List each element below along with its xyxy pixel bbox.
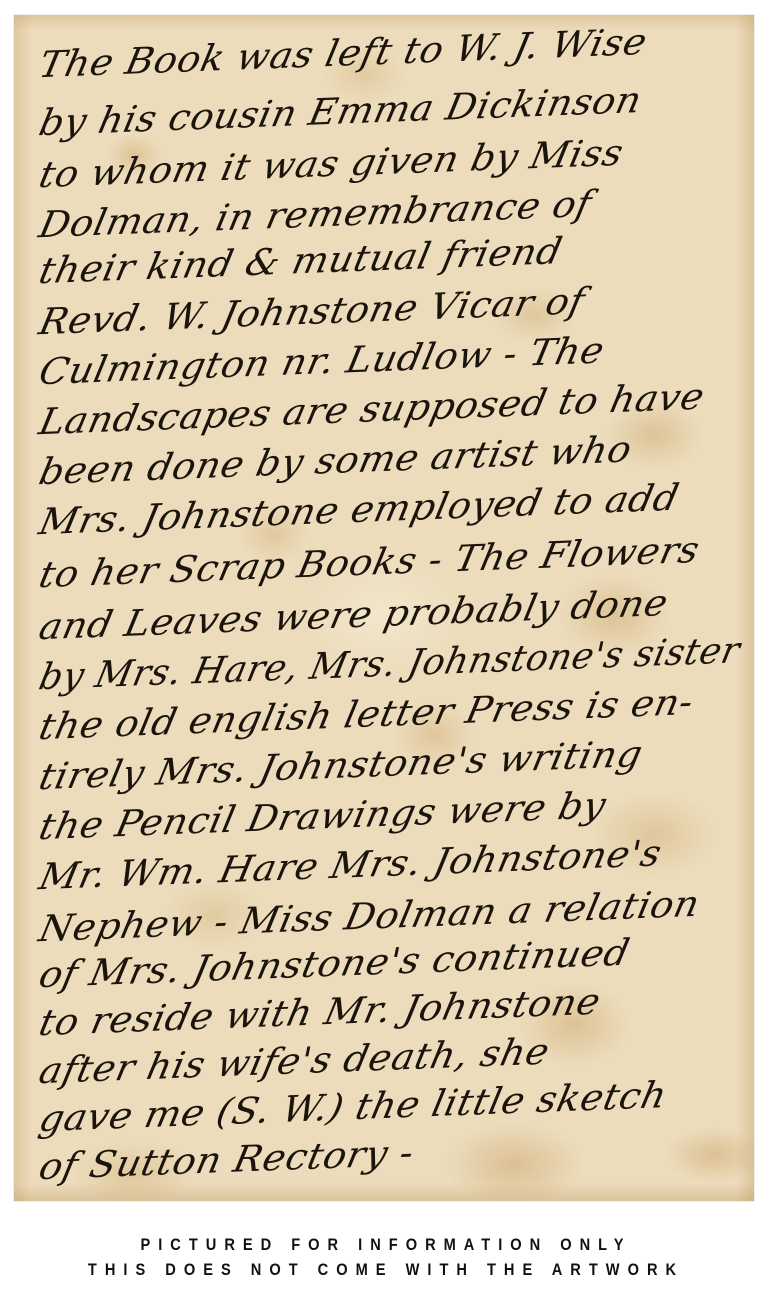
text-line: The Book was left to W. J. Wise [36,23,650,83]
disclaimer-caption-line-2: THIS DOES NOT COME WITH THE ARTWORK [54,1260,718,1280]
text-line: Culmington nr. Ludlow - The [36,332,608,390]
text-line: by his cousin Emma Dickinson [36,81,645,141]
text-line: Revd. W. Johnstone Vicar of [36,283,588,340]
text-line: of Sutton Rectory - [36,1134,417,1185]
handwritten-document: The Book was left to W. J. Wise by his c… [14,15,754,1201]
disclaimer-caption-line-1: PICTURED FOR INFORMATION ONLY [54,1235,718,1255]
handwritten-text: The Book was left to W. J. Wise by his c… [14,15,754,1201]
